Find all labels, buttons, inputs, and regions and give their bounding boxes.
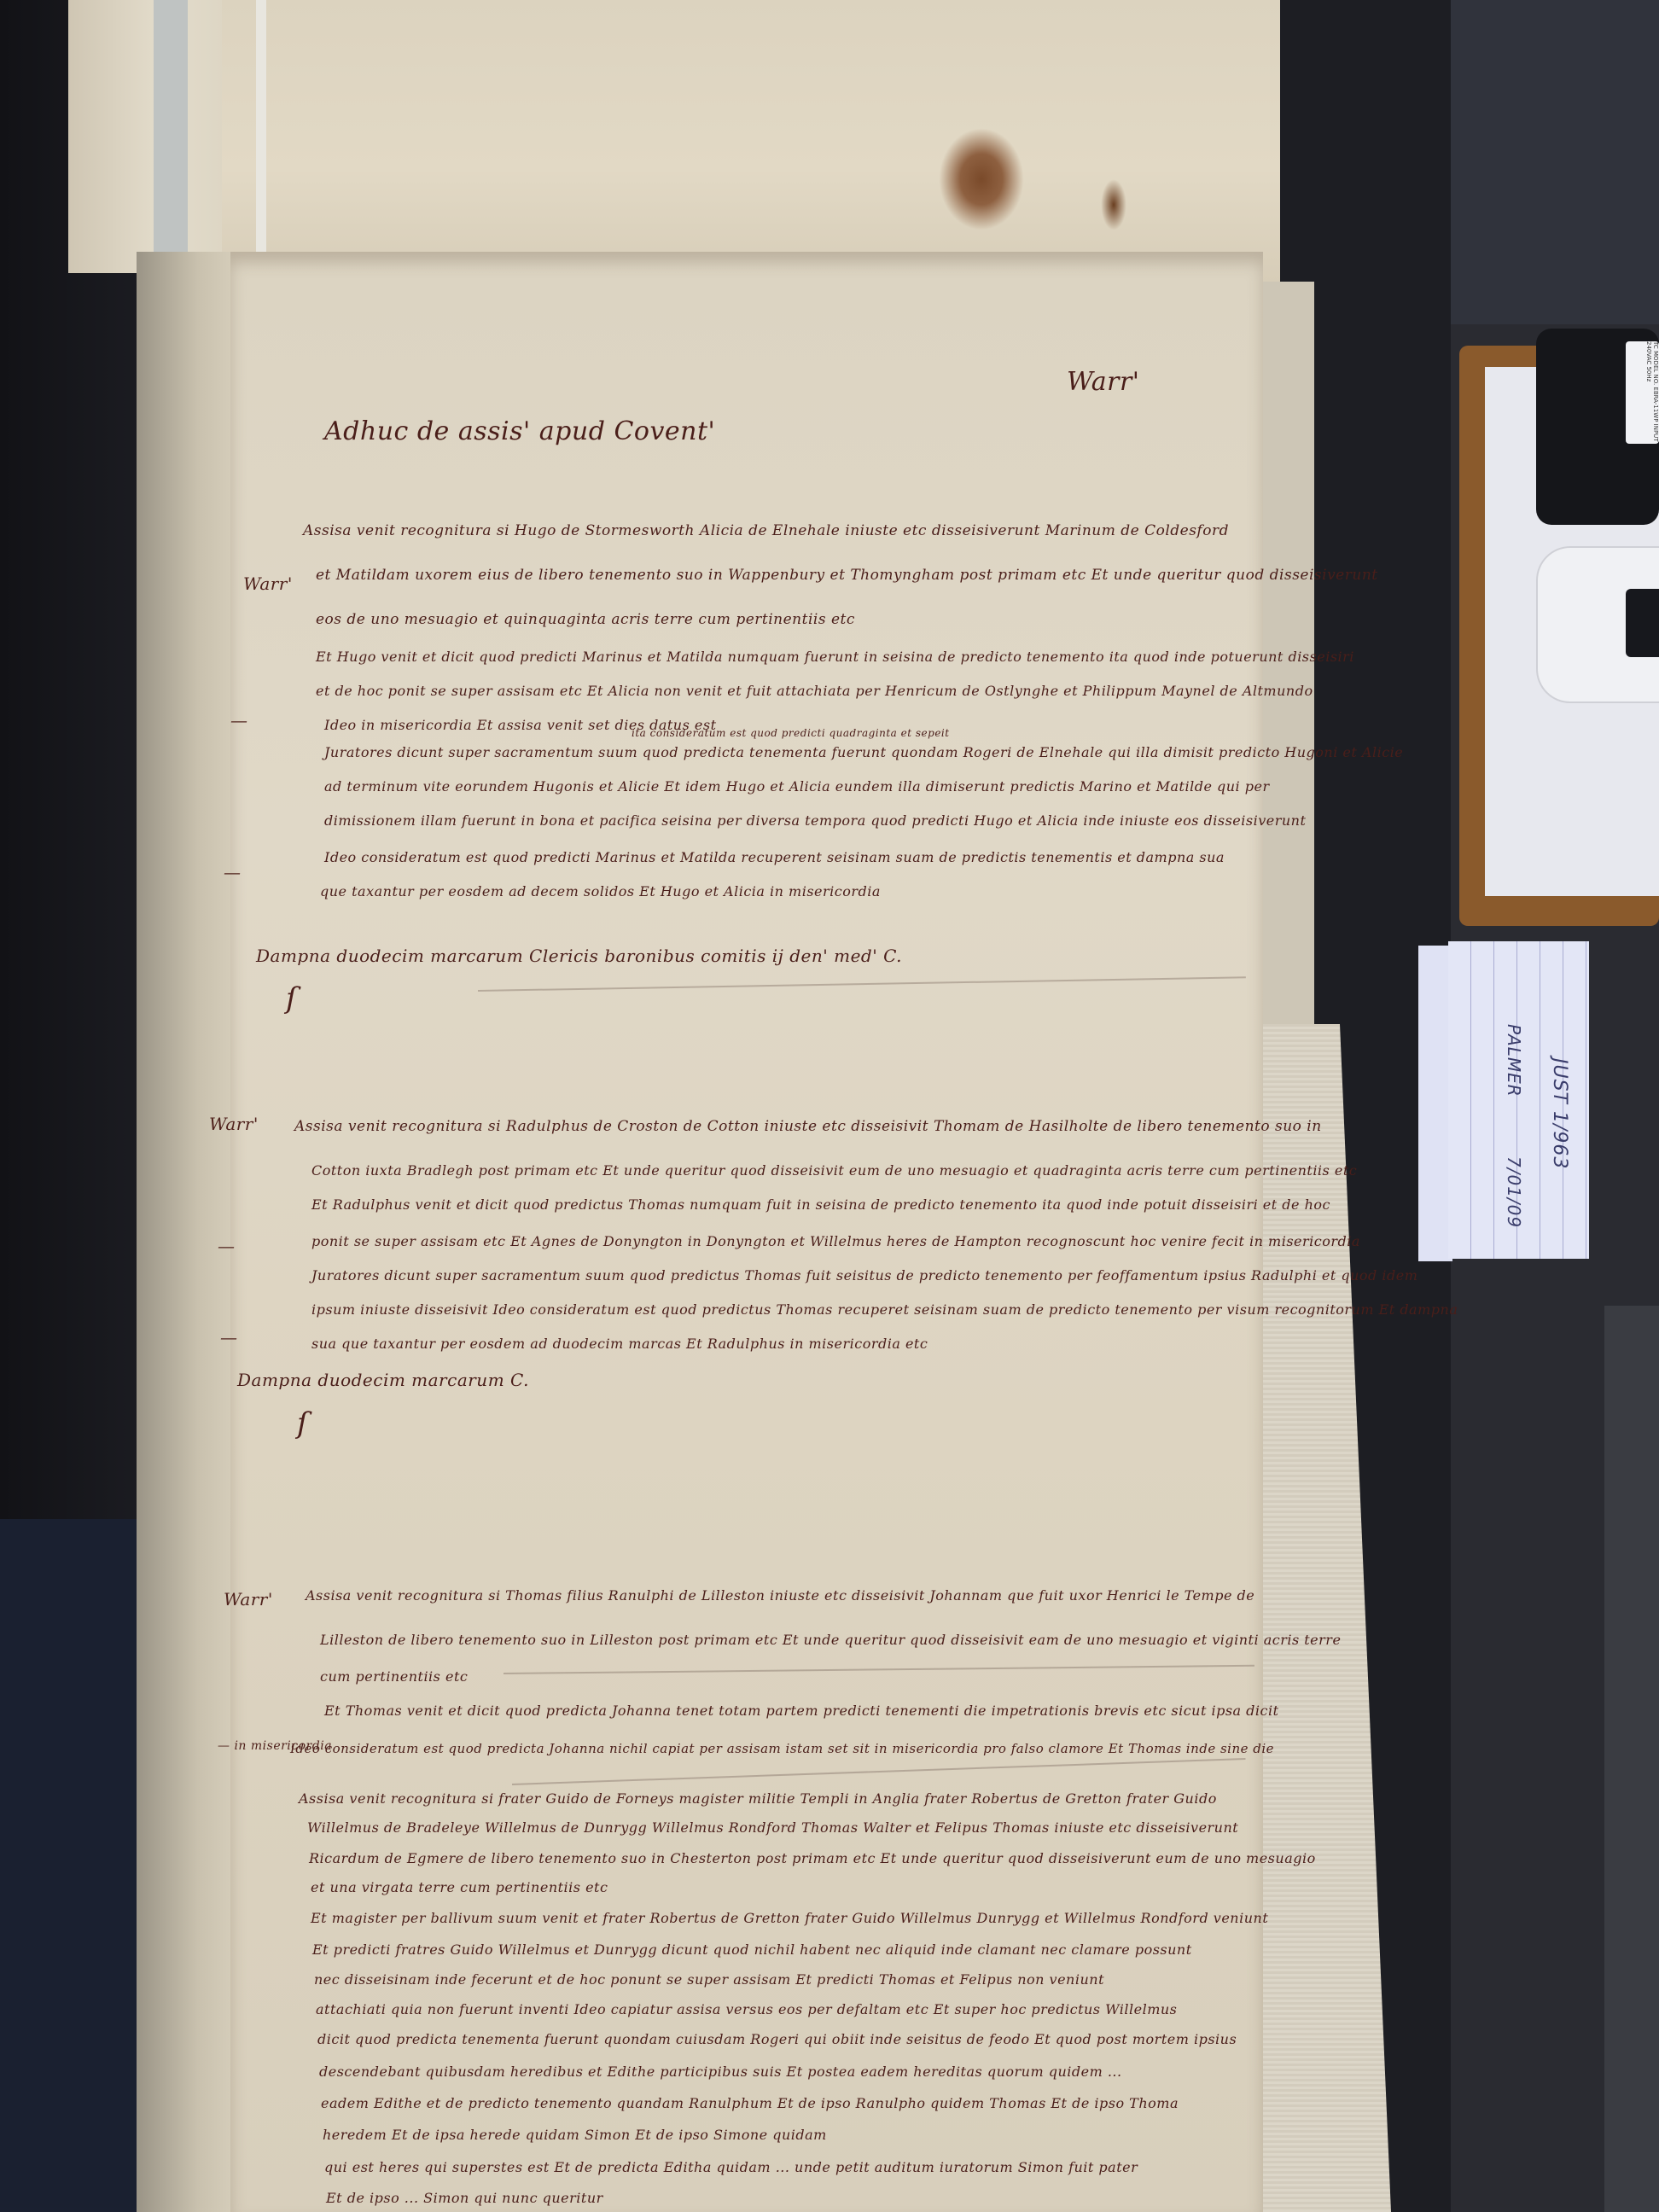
entry-3-line: Ideo consideratum est quod predicta Joha… <box>290 1741 1274 1756</box>
entry-3-line: Lilleston de libero tenemento suo in Lil… <box>320 1632 1341 1648</box>
plug-brand: TC <box>1652 341 1659 349</box>
membrane-fold-edge <box>154 0 188 256</box>
card-date: 7/01/09 <box>1504 1156 1524 1228</box>
entry-1-line: Assisa venit recognitura si Hugo de Stor… <box>303 522 1229 539</box>
ink-stain-small <box>1101 179 1126 230</box>
entry-4-line: heredem Et de ipsa herede quidam Simon E… <box>323 2127 827 2143</box>
entry-2-line: Assisa venit recognitura si Radulphus de… <box>294 1118 1322 1135</box>
entry-1-line: Ideo consideratum est quod predicti Mari… <box>324 849 1225 865</box>
ink-stain <box>939 128 1024 230</box>
entry-1-line: Et Hugo venit et dicit quod predicti Mar… <box>316 649 1354 665</box>
index-card-back <box>1418 946 1452 1261</box>
entry-4-line: attachiati quia non fuerunt inventi Ideo… <box>316 2001 1177 2017</box>
entry-4-line: et una virgata terre cum pertinentiis et… <box>311 1879 608 1895</box>
roll-left-edge <box>137 252 239 2212</box>
entry-1-line: que taxantur per eosdem ad decem solidos… <box>320 883 881 899</box>
entry-3-line: Et Thomas venit et dicit quod predicta J… <box>324 1703 1279 1719</box>
upper-membrane <box>222 0 1280 282</box>
margin-mark: — <box>230 710 248 731</box>
entry-1-line: Juratores dicunt super sacramentum suum … <box>324 744 1403 760</box>
margin-mark: — in misericordia <box>218 1739 332 1753</box>
entry-1-margin-label: Warr' <box>243 573 293 594</box>
margin-mark: — <box>220 1327 238 1348</box>
entry-4-line: eadem Edithe et de predicto tenemento qu… <box>321 2095 1179 2111</box>
entry-2-damages: Dampna duodecim marcarum C. <box>237 1370 529 1390</box>
county-note: Warr' <box>1067 367 1140 397</box>
entry-3-line: cum pertinentiis etc <box>320 1668 468 1685</box>
entry-1-line: ad terminum vite eorundem Hugonis et Ali… <box>324 778 1270 795</box>
entry-4-line: dicit quod predicta tenementa fuerunt qu… <box>317 2031 1237 2047</box>
card-name: PALMER <box>1504 1024 1524 1097</box>
entry-1-line: et de hoc ponit se super assisam etc Et … <box>316 683 1313 699</box>
entry-1-damages: Dampna duodecim marcarum Clericis baroni… <box>256 946 902 966</box>
entry-2-line: Juratores dicunt super sacramentum suum … <box>311 1267 1417 1284</box>
entry-2-line: ipsum iniuste disseisivit Ideo considera… <box>311 1301 1458 1318</box>
wall-surface <box>1451 0 1659 324</box>
entry-4-line: descendebant quibusdam heredibus et Edit… <box>319 2064 1122 2080</box>
margin-mark: — <box>224 862 242 882</box>
entry-4-line: Et predicti fratres Guido Willelmus et D… <box>312 1941 1192 1958</box>
card-reference: JUST 1/963 <box>1549 1058 1570 1169</box>
entry-4-line: Et de ipso ... Simon qui nunc queritur <box>326 2190 603 2206</box>
entry-4-line: Willelmus de Bradeleye Willelmus de Dunr… <box>307 1819 1238 1836</box>
plug-model: MODEL NO. EBRA-11WP <box>1652 351 1659 422</box>
entry-3-line: Assisa venit recognitura si Thomas filiu… <box>306 1587 1254 1604</box>
entry-4-line: nec disseisinam inde fecerunt et de hoc … <box>314 1971 1104 1988</box>
entry-1-tick-mark: ſ <box>286 981 297 1016</box>
entry-4-line: Et magister per ballivum suum venit et f… <box>311 1910 1268 1926</box>
entry-2-margin-label: Warr' <box>209 1114 259 1134</box>
grey-cabinet <box>1604 1306 1659 2212</box>
entry-2-tick-mark: ſ <box>297 1406 308 1441</box>
entry-4-line: Ricardum de Egmere de libero tenemento s… <box>309 1850 1316 1866</box>
entry-2-line: Et Radulphus venit et dicit quod predict… <box>311 1196 1330 1213</box>
linen-backing-upper <box>1254 282 1314 1050</box>
socket-opening <box>1626 589 1659 657</box>
entry-4-line: qui est heres qui superstes est Et de pr… <box>324 2159 1138 2175</box>
manuscript-heading: Adhuc de assis' apud Covent' <box>324 416 715 446</box>
entry-3-margin-label: Warr' <box>224 1589 273 1610</box>
entry-2-line: sua que taxantur per eosdem ad duodecim … <box>311 1336 928 1352</box>
entry-1-line: et Matildam uxorem eius de libero teneme… <box>316 567 1378 584</box>
entry-1-line: dimissionem illam fuerunt in bona et pac… <box>324 812 1306 829</box>
entry-1-line: eos de uno mesuagio et quinquaginta acri… <box>316 611 855 628</box>
plug-label: TC MODEL NO. EBRA-11WP INPUT 240VAC 50Hz <box>1626 341 1659 444</box>
membrane-fold-line <box>256 0 266 256</box>
entry-1-interlinear: ita consideratum est quod predicti quadr… <box>632 727 950 739</box>
entry-4-line: Assisa venit recognitura si frater Guido… <box>299 1790 1217 1807</box>
entry-2-line: ponit se super assisam etc Et Agnes de D… <box>311 1233 1360 1249</box>
margin-mark: — <box>218 1236 236 1256</box>
entry-2-line: Cotton iuxta Bradlegh post primam etc Et… <box>311 1162 1357 1179</box>
